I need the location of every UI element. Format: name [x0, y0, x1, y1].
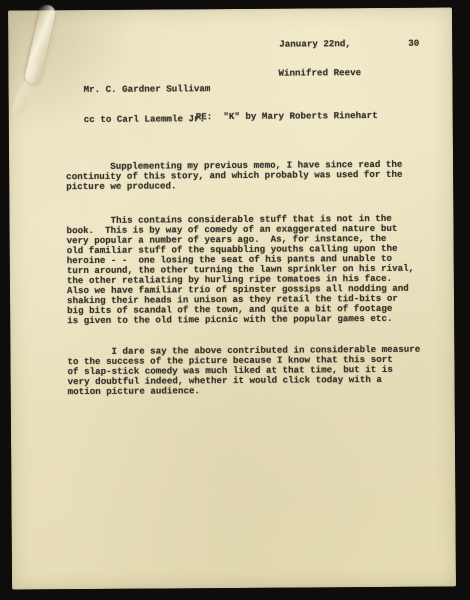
letter-body: Supplementing my previous memo, I have s… — [66, 140, 440, 418]
cc-line: cc to Carl Laemmle Jr. — [84, 114, 211, 125]
body-paragraph: This contains considerable stuff that is… — [66, 214, 439, 327]
sender-name: Winnifred Reeve — [278, 68, 361, 79]
fold-crease-secondary — [10, 60, 38, 117]
recipient-name: Mr. C. Gardner Sullivam — [84, 84, 211, 95]
subject-line: RE: "K" by Mary Roberts Rinehart — [196, 111, 378, 122]
body-paragraph: Supplementing my previous memo, I have s… — [66, 160, 438, 193]
photo-background: January 22nd, 30 Mr. C. Gardner Sullivam… — [0, 0, 470, 600]
recipient-block: Mr. C. Gardner Sullivam cc to Carl Laemm… — [83, 64, 210, 145]
body-paragraph: I dare say the above contributed in cons… — [67, 345, 439, 398]
date-line: January 22nd, — [279, 39, 351, 50]
page-number: 30 — [408, 39, 419, 49]
letter-page: January 22nd, 30 Mr. C. Gardner Sullivam… — [8, 7, 456, 589]
